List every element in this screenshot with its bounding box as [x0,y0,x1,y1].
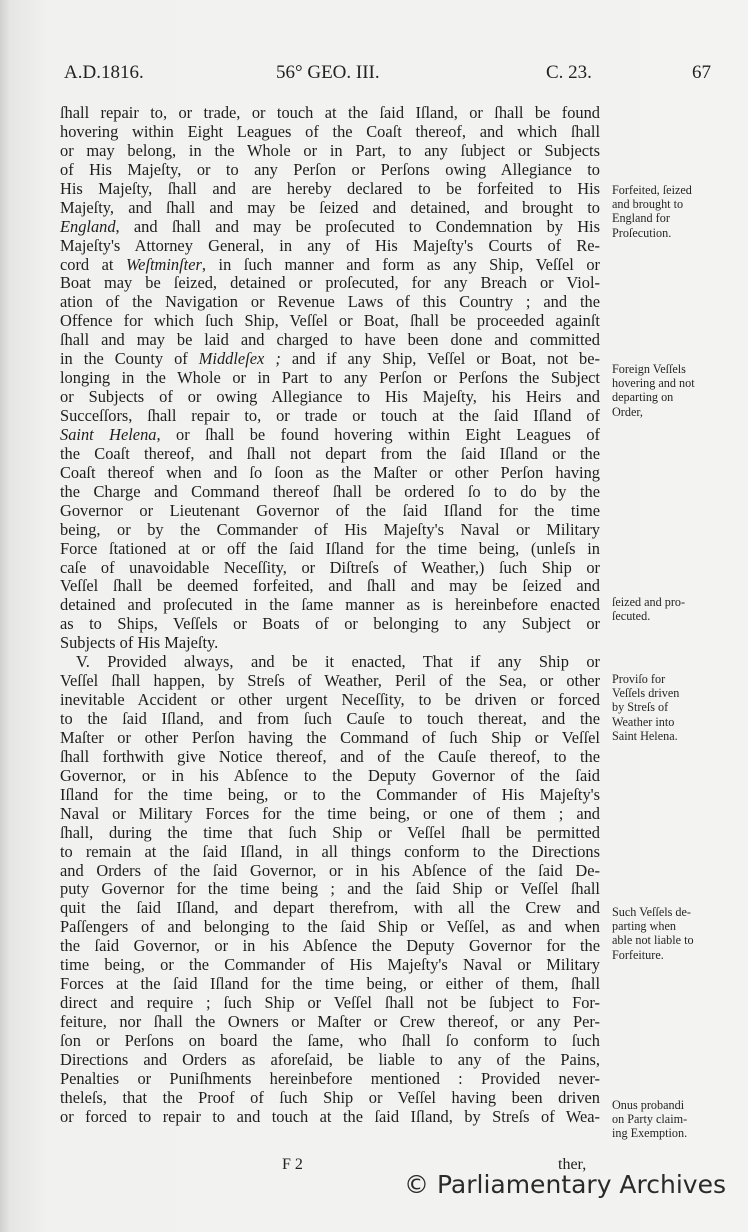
text-line: the Charge and Command thereof ſhall be … [60,483,600,502]
italic-place-name: Weſtminſter [126,255,202,274]
text-line: time being, or the Commander of His Maje… [60,956,600,975]
text-line: longing in the Whole or in Part to any P… [60,369,600,388]
marginal-note: ſeized and pro-ſecuted. [612,595,742,623]
marginal-note: Such Veſſels de-parting whenable not lia… [612,905,742,962]
text-line: Paſſengers of and belonging to the ſaid … [60,918,600,937]
text-line: Boat may be ſeized, detained or proſecut… [60,274,600,293]
text-line: inevitable Accident or other urgent Nece… [60,691,600,710]
text-line: or Subjects of or owing Allegiance to Hi… [60,388,600,407]
text-line: cord at Weſtminſter, in ſuch manner and … [60,256,600,275]
page-number: 67 [692,62,711,84]
text-line: ſhall repair to, or trade, or touch at t… [60,104,600,123]
marginal-note-line: departing on [612,390,742,404]
text-line: or forced to repair to and touch at the … [60,1108,600,1127]
marginal-note-line: Such Veſſels de- [612,905,742,919]
marginal-note-line: Weather into [612,715,742,729]
text-line: Penalties or Puniſhments hereinbefore me… [60,1070,600,1089]
text-line: Subjects of His Majeſty. [60,634,600,653]
text-line: Maſter or other Perſon having the Comman… [60,729,600,748]
marginal-note-line: Forfeited, ſeized [612,183,742,197]
marginal-note: Proviſo forVeſſels drivenby Streſs ofWea… [612,672,742,743]
text-line: Veſſel ſhall be deemed forfeited, and ſh… [60,577,600,596]
text-line: caſe of unavoidable Neceſſity, or Diſtre… [60,559,600,578]
text-line: ſon or Perſons on board the ſame, who ſh… [60,1032,600,1051]
text-line: to the ſaid Iſland, and from ſuch Cauſe … [60,710,600,729]
text-line: His Majeſty, ſhall and are hereby declar… [60,180,600,199]
text-line: the ſaid Governor, or in his Abſence the… [60,937,600,956]
text-line: Saint Helena, or ſhall be found hovering… [60,426,600,445]
text-line: to remain at the ſaid Iſland, in all thi… [60,843,600,862]
marginal-note-line: parting when [612,919,742,933]
text-line: in the County of Middleſex ; and if any … [60,350,600,369]
marginal-note-line: and brought to [612,197,742,211]
marginal-note-line: Forfeiture. [612,948,742,962]
text-line: or may belong, in the Whole or in Part, … [60,142,600,161]
text-line: Majeſty's Attorney General, in any of Hi… [60,237,600,256]
text-line: Governor, or in his Abſence to the Deput… [60,767,600,786]
italic-place-name: England [60,217,116,236]
italic-place-name: Middleſex ; [199,349,281,368]
text-line: Force ſtationed at or off the ſaid Iſlan… [60,540,600,559]
text-line: puty Governor for the time being ; and t… [60,880,600,899]
text-line: Naval or Military Forces for the time be… [60,805,600,824]
marginal-note-line: Onus probandi [612,1098,742,1112]
text-line: quit the ſaid Iſland, and depart therefr… [60,899,600,918]
text-line: England, and ſhall and may be proſecuted… [60,218,600,237]
marginal-note: Foreign Veſſelshovering and notdeparting… [612,362,742,419]
text-line: Veſſel ſhall happen, by Streſs of Weathe… [60,672,600,691]
running-head-year: A.D.1816. [64,62,144,84]
scanned-page: A.D.1816. 56° GEO. III. C. 23. 67 ſhall … [0,0,748,1232]
marginal-note-line: by Streſs of [612,700,742,714]
marginal-note: Onus probandion Party claim-ing Exemptio… [612,1098,742,1141]
marginal-note-line: able not liable to [612,933,742,947]
text-line: being, or by the Commander of His Majeſt… [60,521,600,540]
statute-body-text: ſhall repair to, or trade, or touch at t… [60,104,600,1127]
text-line: detained and proſecuted in the ſame mann… [60,596,600,615]
running-head-chapter: C. 23. [546,62,592,84]
text-line: the Coaſt thereof, and ſhall not depart … [60,445,600,464]
text-line: Succeſſors, ſhall repair to, or trade or… [60,407,600,426]
marginal-note: Forfeited, ſeizedand brought toEngland f… [612,183,742,240]
marginal-note-line: ing Exemption. [612,1126,742,1140]
marginal-note-line: Saint Helena. [612,729,742,743]
text-line: Majeſty, and ſhall and may be ſeized and… [60,199,600,218]
marginal-note-line: on Party claim- [612,1112,742,1126]
marginal-note-line: ſeized and pro- [612,595,742,609]
marginal-note-line: Proſecution. [612,226,742,240]
text-line: feiture, nor ſhall the Owners or Maſter … [60,1013,600,1032]
text-line: Coaſt thereof when and ſo ſoon as the Ma… [60,464,600,483]
marginal-note-line: Foreign Veſſels [612,362,742,376]
italic-place-name: Saint Helena [60,425,156,444]
text-line: Offence for which ſuch Ship, Veſſel or B… [60,312,600,331]
text-line: and Orders of the ſaid Governor, or in h… [60,862,600,881]
text-line: ſhall and may be laid and charged to hav… [60,331,600,350]
running-head-reign: 56° GEO. III. [276,62,380,84]
text-line: as to Ships, Veſſels or Boats of or belo… [60,615,600,634]
text-line: direct and require ; ſuch Ship or Veſſel… [60,994,600,1013]
text-line: Governor or Lieutenant Governor of the ſ… [60,502,600,521]
text-line: ſhall, during the time that ſuch Ship or… [60,824,600,843]
text-line: hovering within Eight Leagues of the Coa… [60,123,600,142]
running-head: A.D.1816. 56° GEO. III. C. 23. 67 [64,62,714,88]
marginal-note-line: Veſſels driven [612,686,742,700]
text-line: Directions and Orders as aforeſaid, be l… [60,1051,600,1070]
copyright-watermark: © Parliamentary Archives [404,1170,726,1199]
text-line: ſhall forthwith give Notice thereof, and… [60,748,600,767]
text-line: Forces at the ſaid Iſland for the time b… [60,975,600,994]
marginal-note-line: Proviſo for [612,672,742,686]
text-line: theleſs, that the Proof of ſuch Ship or … [60,1089,600,1108]
text-line: ation of the Navigation or Revenue Laws … [60,293,600,312]
text-line: V. Provided always, and be it enacted, T… [60,653,600,672]
text-line: Iſland for the time being, or to the Com… [60,786,600,805]
text-line: of His Majeſty, or to any Perſon or Perſ… [60,161,600,180]
marginal-note-line: ſecuted. [612,609,742,623]
marginal-note-line: Order, [612,405,742,419]
marginal-note-line: hovering and not [612,376,742,390]
marginal-note-line: England for [612,211,742,225]
signature-mark: F 2 [282,1156,303,1174]
